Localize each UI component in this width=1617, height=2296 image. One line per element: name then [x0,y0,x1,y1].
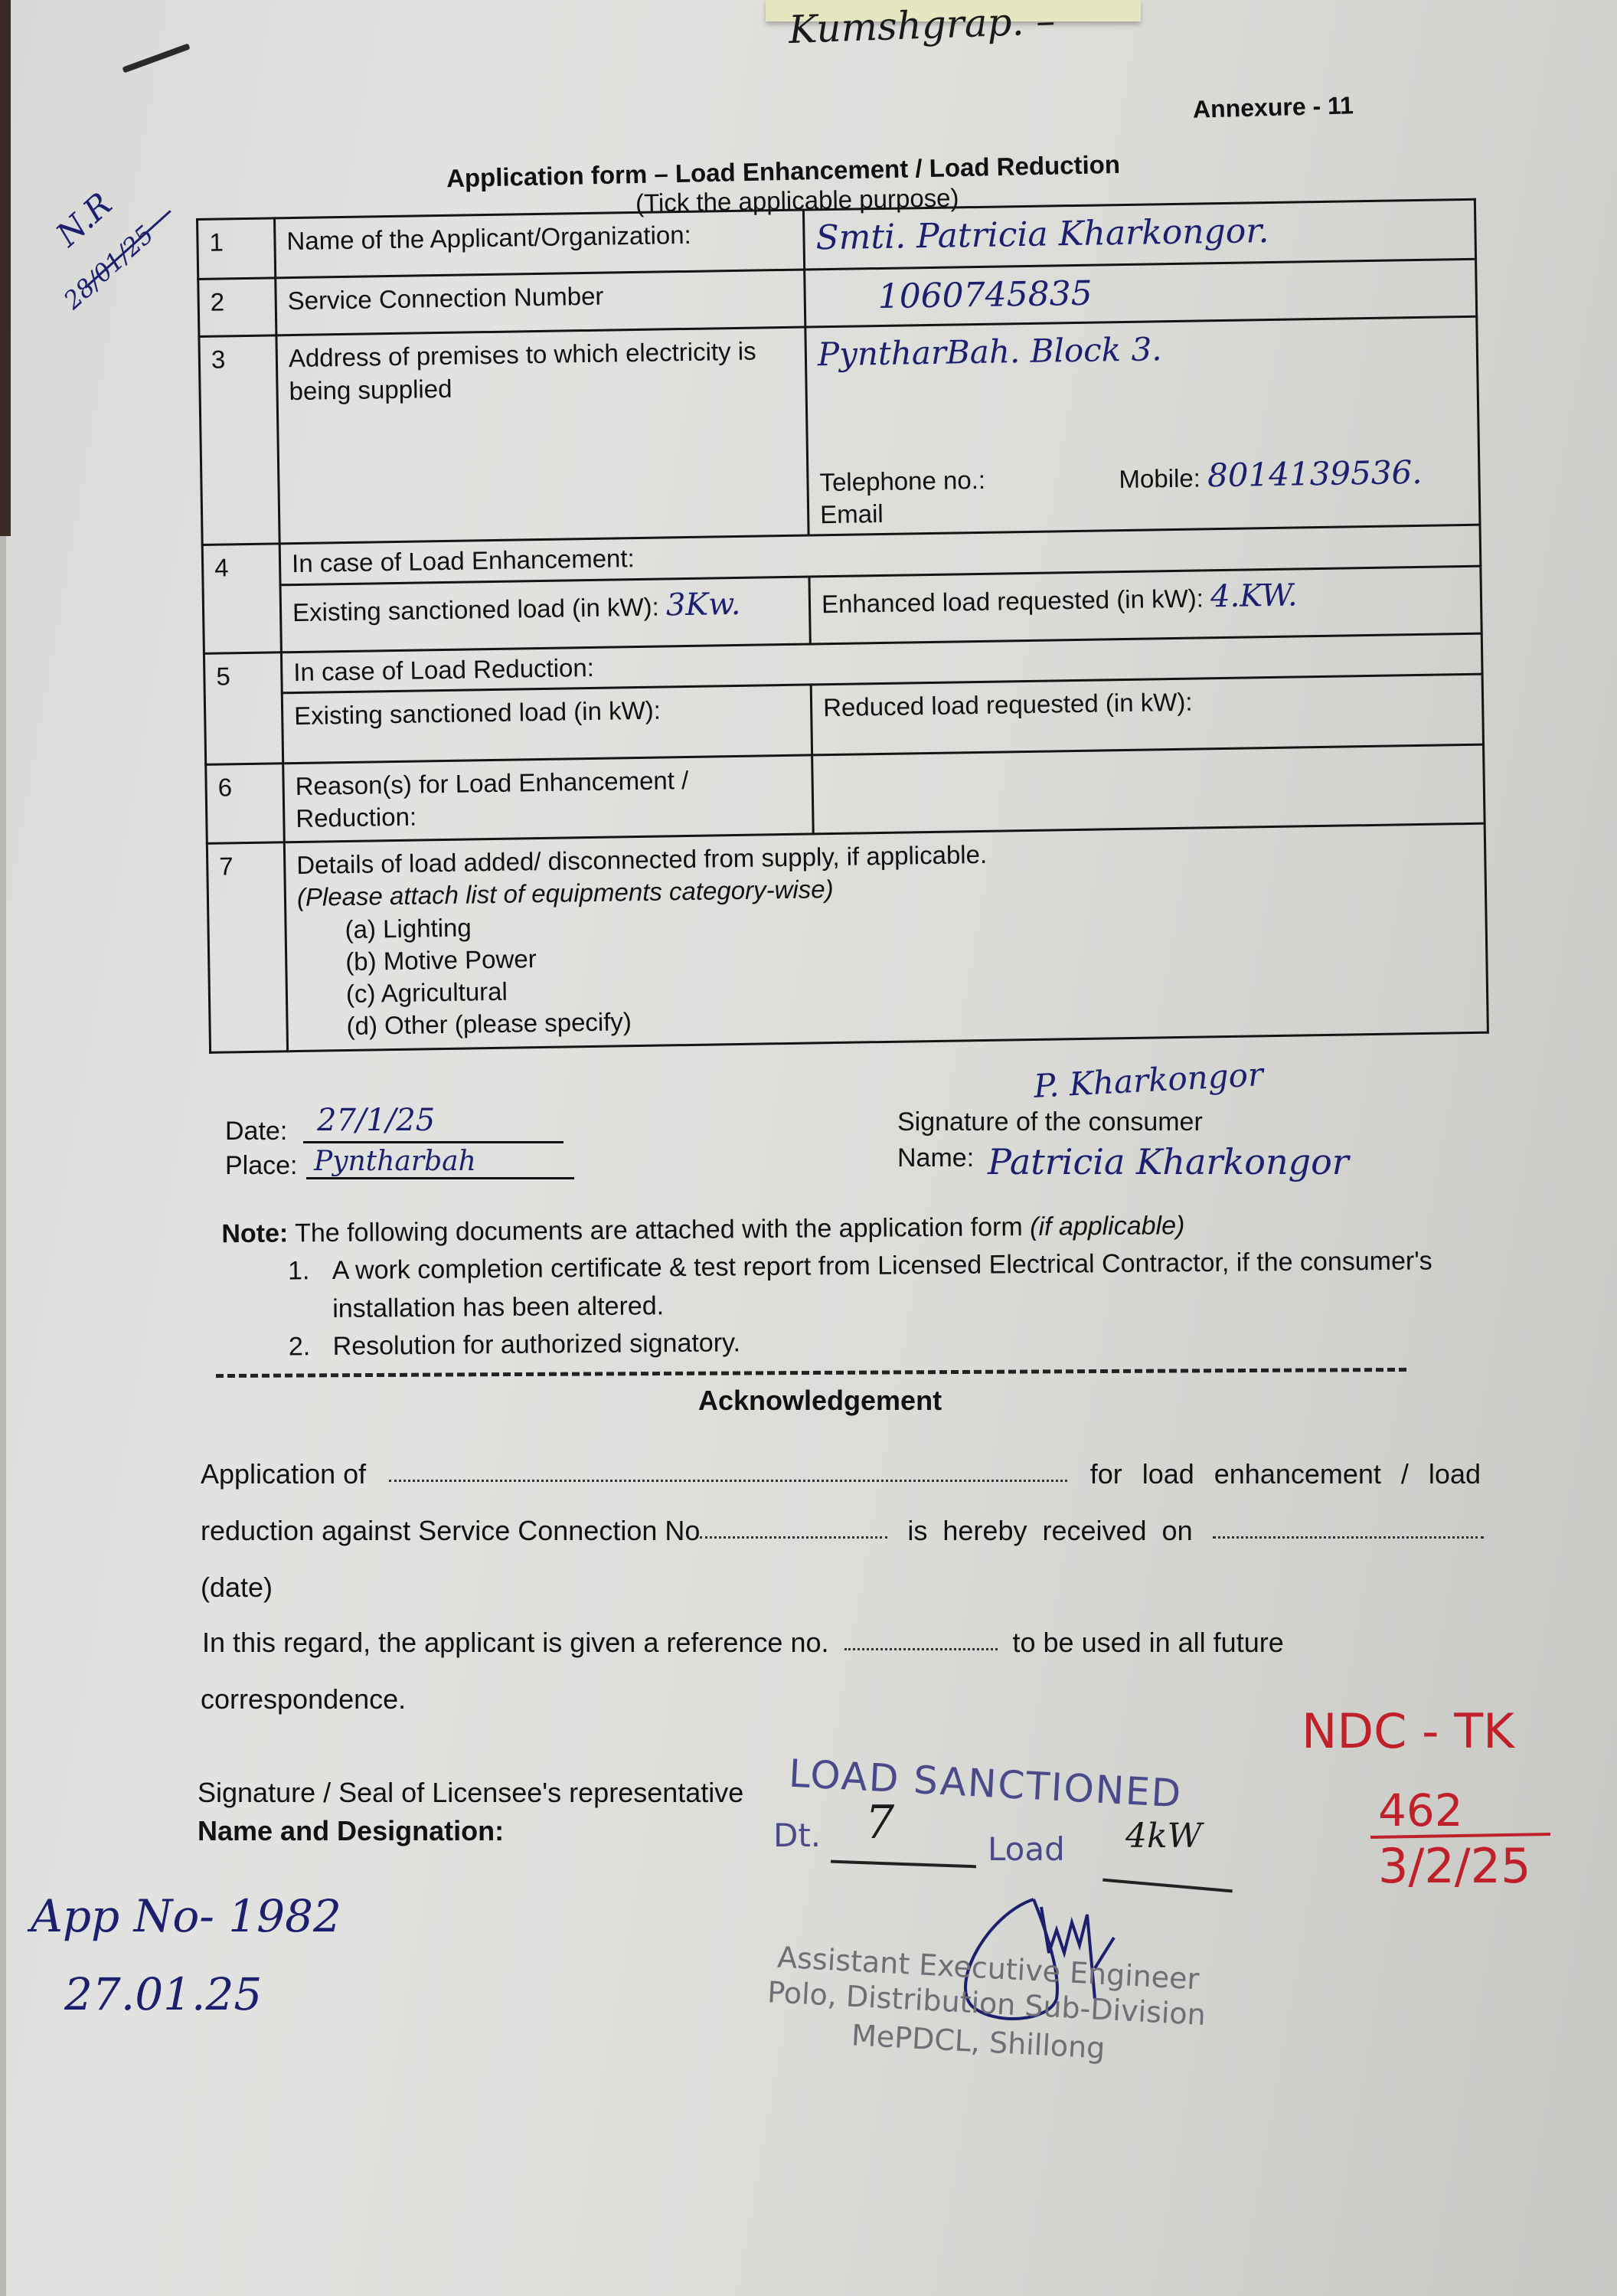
red-note-date: 3/2/25 [1378,1838,1531,1894]
name-label: Name: [897,1143,974,1173]
background-edge [0,0,11,536]
app-date-note: 27.01.25 [64,1968,262,2020]
designation-label: Name and Designation: [198,1815,504,1847]
signature-label: Signature of the consumer [897,1107,1203,1137]
address-value: PyntharBah. Block 3. [817,324,1465,375]
place-underline [306,1177,574,1179]
reduced-load-field[interactable]: Reduced load requested (in kW): [811,674,1483,755]
note-item-1: A work completion certificate & test rep… [317,1242,1489,1328]
connection-no-blank[interactable] [700,1515,887,1539]
ack-line-4: In this regard, the applicant is given a… [202,1627,1493,1659]
reason-label: Reason(s) for Load Enhancement / Reducti… [283,755,814,842]
paper-edge [0,536,6,2296]
ack-line2-b: is hereby received on [907,1515,1192,1547]
staple-icon [122,44,190,74]
note-section: Note: The following documents are attach… [221,1205,1489,1367]
ack-line4-a: In this regard, the applicant is given a… [202,1627,829,1659]
applicant-name-field[interactable]: Smti. Patricia Kharkongor. [803,199,1475,270]
form-row-3: 3 Address of premises to which electrici… [199,317,1480,545]
reduction-existing-load-label: Existing sanctioned load (in kW): [294,695,661,730]
annexure-label: Annexure - 11 [1193,91,1354,123]
ack-line1-b: for load enhancement / load [1090,1458,1481,1490]
stamp-load-label: Load [988,1830,1065,1868]
address-field[interactable]: PyntharBah. Block 3. Telephone no.: Emai… [805,317,1480,536]
consumer-signature[interactable]: P. Kharkongor [1033,1055,1264,1105]
load-sanctioned-stamp: LOAD SANCTIONED [788,1751,1184,1817]
ack-line-1: Application of for load enhancement / lo… [201,1458,1481,1490]
stamp-dt-label: Dt. [773,1817,821,1854]
enhanced-load-field[interactable]: Enhanced load requested (in kW): 4.KW. [809,566,1481,644]
section-divider [216,1368,1406,1378]
mobile-label: Mobile: [1119,463,1200,493]
applicant-blank[interactable] [389,1458,1067,1482]
row-number: 6 [206,764,285,844]
application-form-table: 1 Name of the Applicant/Organization: Sm… [196,198,1489,1054]
ack-line2-a: reduction against Service Connection No [201,1515,700,1547]
stamp-dt-underline [831,1860,976,1869]
row-number: 7 [207,842,287,1052]
enhanced-load-value: 4.KW. [1210,577,1298,614]
stamp-load-underline [1102,1879,1233,1893]
red-note-number: 462 [1378,1784,1463,1836]
received-date-blank[interactable] [1213,1515,1484,1539]
stamp-dt-value: 7 [865,1796,894,1850]
address-label: Address of premises to which electricity… [276,327,808,544]
row-number: 2 [198,278,276,337]
place-label: Place: [225,1151,298,1181]
reason-field[interactable] [812,744,1485,834]
load-details-field[interactable]: Details of load added/ disconnected from… [284,823,1488,1051]
place-value[interactable]: Pyntharbah [314,1146,476,1177]
reduced-load-label: Reduced load requested (in kW): [823,687,1193,721]
reference-no-blank[interactable] [844,1627,998,1650]
enhanced-load-label: Enhanced load requested (in kW): [822,584,1204,618]
service-connection-field[interactable]: 1060745835 [805,259,1477,327]
note-label: Note: [221,1218,288,1248]
consumer-name-value[interactable]: Patricia Kharkongor [988,1141,1349,1182]
reduction-existing-load-field[interactable]: Existing sanctioned load (in kW): [282,685,812,764]
row-number: 5 [204,652,283,764]
existing-load-field[interactable]: Existing sanctioned load (in kW): 3Kw. [280,577,810,652]
ack-line1-a: Application of [201,1458,366,1490]
applicant-name-value: Smti. Patricia Kharkongor. [815,211,1269,257]
date-label: Date: [225,1117,287,1146]
service-connection-value: 1060745835 [816,274,1093,318]
existing-load-label: Existing sanctioned load (in kW): [292,592,659,626]
ack-line4-b: to be used in all future [1013,1627,1284,1659]
note-text-italic: (if applicable) [1030,1211,1185,1241]
row-number: 4 [202,544,281,653]
mobile-value[interactable]: 8014139536. [1207,453,1423,493]
note-text: The following documents are attached wit… [295,1212,1023,1248]
date-underline [303,1141,563,1143]
row-number: 3 [199,335,279,545]
form-row-7: 7 Details of load added/ disconnected fr… [207,823,1488,1052]
row-number: 1 [198,218,276,280]
ack-line-2: reduction against Service Connection No … [201,1515,1484,1547]
app-number-note: App No- 1982 [31,1890,341,1942]
acknowledgement-heading: Acknowledgement [698,1385,942,1417]
side-initials: N.R [49,185,119,253]
stamp-load-value: 4kW [1125,1817,1202,1856]
email-label: Email [820,499,884,528]
applicant-name-label: Name of the Applicant/Organization: [275,210,805,278]
existing-load-value: 3Kw. [666,586,741,623]
ack-line3: (date) [201,1572,1502,1604]
top-handwriting: Kumshgrap. – [788,0,1056,52]
telephone-label: Telephone no.: [819,466,985,496]
date-value[interactable]: 27/1/25 [317,1103,435,1138]
service-connection-label: Service Connection Number [276,270,805,335]
red-note-ndc: NDC - TK [1302,1703,1514,1759]
licensee-signature-label: Signature / Seal of Licensee's represent… [198,1777,743,1809]
